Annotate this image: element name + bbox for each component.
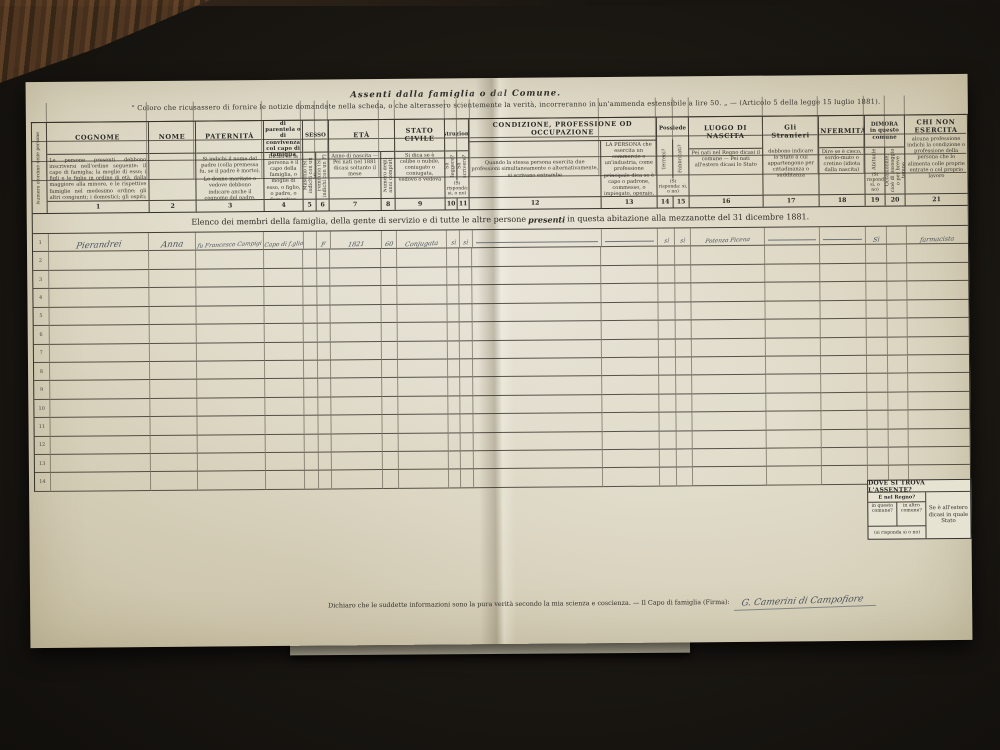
cell-luogo-nascita xyxy=(689,136,763,156)
col-number-6: 6 xyxy=(317,199,329,210)
cell-fabbricati xyxy=(676,449,693,468)
cell-chi-non-esercita xyxy=(909,410,970,429)
cell-anno-nascita xyxy=(331,360,382,379)
cell-chi-non-esercita xyxy=(908,318,969,337)
cell-due-professioni xyxy=(473,340,602,360)
cell-sa-leggere xyxy=(445,119,458,139)
cell-anni-compiuti xyxy=(382,378,398,397)
cell-infermita xyxy=(820,227,866,246)
cell-terreni xyxy=(659,321,676,340)
cell-stato-civile xyxy=(395,138,445,158)
cell-stranieri xyxy=(765,227,821,246)
cell-la-persona xyxy=(603,450,660,469)
cell-paternita xyxy=(196,250,264,269)
cell-infermita xyxy=(821,356,867,375)
cell-dimora-abituale xyxy=(864,96,885,116)
cell-anno-nascita xyxy=(328,120,379,140)
cell-cognome xyxy=(47,161,148,181)
cell-la-persona xyxy=(603,394,660,413)
col-number-5: 5 xyxy=(304,200,317,211)
cell-due-professioni xyxy=(474,413,603,433)
cell-stranieri xyxy=(765,246,821,265)
wood-table-corner xyxy=(0,0,210,90)
cell-dimora-abituale xyxy=(868,429,889,448)
cell-due-professioni xyxy=(473,358,602,378)
blank-dash-mark xyxy=(476,241,598,244)
cell-due-professioni xyxy=(474,450,603,470)
cell-due-professioni xyxy=(470,137,599,158)
cell-dimora-occasionale xyxy=(885,154,906,174)
possiede-numbers: 14 15 xyxy=(658,195,689,207)
row-number: 13 xyxy=(35,455,51,474)
cell-relazione xyxy=(265,397,304,416)
cell-sa-leggere xyxy=(448,451,461,470)
cell-infermita xyxy=(818,135,864,155)
cell-luogo-nascita xyxy=(691,246,765,265)
cell-terreni xyxy=(660,468,677,487)
cell-sesso-m xyxy=(305,471,319,490)
blank-dash-mark xyxy=(604,240,654,242)
cell-cognome xyxy=(49,344,150,363)
cell-dimora-occasionale xyxy=(887,300,908,319)
cell-nome xyxy=(151,380,198,399)
cell-sesso-f xyxy=(318,416,332,435)
cell-luogo-nascita xyxy=(693,430,767,449)
cell-dimora-occasionale xyxy=(885,134,906,154)
col-number-17: 17 xyxy=(764,194,819,206)
cell-paternita xyxy=(194,101,262,121)
cell-stato-civile xyxy=(399,470,449,489)
cell-nome: Anna xyxy=(149,233,196,252)
cell-luogo-nascita xyxy=(693,393,767,412)
cell-anni-compiuti xyxy=(381,249,397,268)
cell-sesso-f xyxy=(317,342,331,361)
row-number: 2 xyxy=(33,252,49,271)
cell-la-persona xyxy=(602,358,659,377)
cell-nome xyxy=(150,269,197,288)
cell-luogo-nascita xyxy=(692,301,766,320)
cell-chi-non-esercita xyxy=(908,300,969,319)
cell-relazione xyxy=(264,269,303,288)
dove-box: DOVE SI TROVA L'ASSENTE? È nel Regno? in… xyxy=(867,479,972,540)
cell-sesso-m xyxy=(301,159,315,179)
cell-anni-compiuti xyxy=(382,341,398,360)
row-number: 11 xyxy=(34,418,50,437)
cell-paternita xyxy=(197,324,265,343)
cell-la-persona xyxy=(599,98,656,118)
cell-due-professioni xyxy=(474,469,603,489)
cell-anni-compiuti xyxy=(383,415,399,434)
row-number: 6 xyxy=(34,326,50,345)
cell-due-professioni xyxy=(472,229,601,249)
cell-due-professioni xyxy=(472,266,601,286)
col-number-3: 3 xyxy=(197,199,264,212)
cell-sesso-f xyxy=(317,305,331,324)
cell-nome xyxy=(149,251,196,270)
cell-stato-civile xyxy=(395,119,445,139)
sesso-numbers: 5 6 xyxy=(304,198,329,210)
cell-cognome xyxy=(51,473,152,492)
cell-luogo-nascita xyxy=(691,265,765,284)
cell-nome xyxy=(151,435,198,454)
cell-sesso-m xyxy=(304,379,318,398)
cell-stranieri xyxy=(765,282,821,301)
cell-due-professioni xyxy=(472,284,601,304)
cell-sa-leggere: sì xyxy=(447,230,460,249)
cell-sesso-f: F xyxy=(317,231,331,250)
possiede-nota: (Si risponda: sì, o no) xyxy=(657,178,688,195)
cell-paternita xyxy=(194,140,262,160)
cell-sa-leggere xyxy=(447,267,460,286)
cell-dimora-occasionale xyxy=(887,282,908,301)
cell-anno-nascita xyxy=(328,139,379,159)
cell-sa-leggere xyxy=(445,158,458,178)
cell-relazione xyxy=(266,453,305,472)
elenco-pre: Elenco dei membri della famiglia, della … xyxy=(191,215,526,227)
cell-chi-non-esercita xyxy=(905,114,966,134)
cell-stranieri xyxy=(765,319,821,338)
cell-stato-civile xyxy=(397,249,447,268)
cell-la-persona xyxy=(602,339,659,358)
cell-fabbricati: sì xyxy=(675,228,692,247)
cell-due-professioni xyxy=(473,376,602,396)
cell-dimora-abituale xyxy=(868,411,889,430)
cell-relazione xyxy=(265,342,304,361)
cell-terreni xyxy=(659,394,676,413)
cell-cognome xyxy=(50,436,151,455)
cell-stato-civile: Conjugata xyxy=(397,230,447,249)
cell-paternita xyxy=(197,287,265,306)
cell-anni-compiuti xyxy=(379,139,395,159)
cell-fabbricati xyxy=(673,136,690,156)
cell-luogo-nascita xyxy=(689,97,763,117)
cell-sa-leggere xyxy=(447,249,460,268)
cell-luogo-nascita xyxy=(692,357,766,376)
cell-luogo-nascita xyxy=(692,375,766,394)
cell-stato-civile xyxy=(395,99,445,119)
cell-la-persona xyxy=(603,413,660,432)
cell-dimora-abituale xyxy=(867,300,888,319)
cell-stato-civile xyxy=(395,158,445,178)
cell-stato-civile xyxy=(398,433,448,452)
cell-anni-compiuti xyxy=(383,434,399,453)
cell-sesso-m xyxy=(304,416,318,435)
cell-sesso-m xyxy=(304,397,318,416)
cell-sa-scrivere xyxy=(457,138,470,158)
cell-anno-nascita xyxy=(332,397,383,416)
cell-stato-civile xyxy=(398,415,448,434)
cell-fabbricati xyxy=(675,265,692,284)
cell-luogo-nascita xyxy=(692,283,766,302)
blank-dash-mark xyxy=(768,239,817,241)
row-number: 8 xyxy=(34,363,50,382)
cell-sa-scrivere: sì xyxy=(460,230,473,249)
cell-terreni xyxy=(658,284,675,303)
cell-cognome xyxy=(47,122,148,142)
cell-infermita xyxy=(820,264,866,283)
cell-cognome xyxy=(50,362,151,381)
cell-dimora-abituale xyxy=(868,392,889,411)
dimora-numbers: 19 20 xyxy=(866,193,905,205)
cell-la-persona xyxy=(603,468,660,487)
cell-chi-non-esercita xyxy=(908,263,969,282)
hw-relazione: Capo di f.glia xyxy=(263,242,303,251)
cell-relazione xyxy=(264,287,303,306)
cell-terreni xyxy=(656,117,673,137)
cell-infermita xyxy=(821,319,867,338)
cell-sesso-m xyxy=(301,120,315,140)
cell-dimora-occasionale xyxy=(888,374,909,393)
dove-box-regno-section: È nel Regno? in questo comune? in altro … xyxy=(868,492,927,539)
cell-sa-leggere xyxy=(445,138,458,158)
cell-sa-scrivere xyxy=(457,99,470,119)
cell-anno-nascita xyxy=(331,305,382,324)
hw-stato-civile: Conjugata xyxy=(405,240,439,249)
census-sheet: “ Coloro che ricusassero di fornire le n… xyxy=(26,74,973,648)
cell-terreni xyxy=(660,431,677,450)
cell-anno-nascita xyxy=(330,249,381,268)
cell-stato-civile xyxy=(398,378,448,397)
cell-chi-non-esercita xyxy=(908,281,969,300)
cell-sa-scrivere xyxy=(461,396,474,415)
cell-stranieri xyxy=(763,155,819,175)
cell-sa-leggere xyxy=(448,378,461,397)
cell-sesso-f xyxy=(318,360,332,379)
cell-dimora-abituale xyxy=(867,374,888,393)
cell-chi-non-esercita xyxy=(906,153,967,173)
istruzione-nota: (Si risponda: sì, o no) xyxy=(445,180,468,197)
cell-dimora-abituale xyxy=(868,448,889,467)
col-number-7: 7 xyxy=(330,199,382,210)
cell-sa-leggere xyxy=(447,322,460,341)
cell-sa-leggere xyxy=(448,415,461,434)
cell-nome xyxy=(147,121,194,141)
col-number-10: 10 xyxy=(446,198,458,209)
cell-dimora-abituale xyxy=(864,115,885,135)
cell-fabbricati xyxy=(675,320,692,339)
cell-anno-nascita xyxy=(329,159,380,179)
dove-box-title: DOVE SI TROVA L'ASSENTE? xyxy=(868,480,970,493)
cell-anno-nascita xyxy=(331,378,382,397)
cell-sa-scrivere xyxy=(461,378,474,397)
cell-paternita xyxy=(194,121,262,141)
cell-paternita xyxy=(197,306,265,325)
cell-dimora-abituale xyxy=(864,135,885,155)
col-number-15: 15 xyxy=(674,196,689,207)
cell-chi-non-esercita xyxy=(905,95,966,115)
cell-cognome xyxy=(49,288,150,307)
cell-sa-scrivere xyxy=(460,322,473,341)
istruzione-numbers: 10 11 xyxy=(446,197,469,209)
row-number: 7 xyxy=(34,344,50,363)
cell-fabbricati xyxy=(676,413,693,432)
cell-fabbricati xyxy=(672,117,689,137)
cell-anni-compiuti xyxy=(383,470,399,489)
cell-stato-civile xyxy=(399,452,449,471)
cell-sesso-f xyxy=(317,287,331,306)
cell-anno-nascita xyxy=(331,286,382,305)
dimora-nota: (Si risponda sì, o no) xyxy=(865,172,884,194)
cell-anno-nascita xyxy=(331,342,382,361)
cell-fabbricati xyxy=(676,394,693,413)
cell-dimora-occasionale xyxy=(887,226,908,245)
cell-chi-non-esercita xyxy=(909,447,970,466)
cell-stranieri xyxy=(766,393,822,412)
regno-nota: (si risponda sì o no) xyxy=(868,525,925,538)
cell-cognome xyxy=(50,454,151,473)
cell-dimora-occasionale xyxy=(885,115,906,135)
cell-fabbricati xyxy=(675,339,692,358)
cell-anni-compiuti xyxy=(379,100,395,120)
cell-terreni xyxy=(658,247,675,266)
cell-fabbricati xyxy=(676,357,693,376)
cell-relazione xyxy=(265,416,304,435)
col-number-21: 21 xyxy=(906,193,968,206)
cell-due-professioni xyxy=(473,303,602,323)
dove-box-body: È nel Regno? in questo comune? in altro … xyxy=(868,492,970,539)
cell-due-professioni xyxy=(470,157,599,178)
row-number: 9 xyxy=(34,381,50,400)
cell-luogo-nascita xyxy=(692,320,766,339)
cell-nome xyxy=(151,398,198,417)
cell-stranieri xyxy=(766,375,822,394)
cell-nome xyxy=(150,325,197,344)
cell-relazione xyxy=(265,379,304,398)
cell-relazione xyxy=(265,434,304,453)
cell-anni-compiuti xyxy=(382,397,398,416)
col-number-19: 19 xyxy=(866,195,886,206)
cell-anno-nascita xyxy=(332,470,383,489)
cell-cognome xyxy=(50,380,151,399)
cell-terreni xyxy=(656,136,673,156)
cell-sesso-m xyxy=(303,305,317,324)
cell-sa-scrivere xyxy=(460,285,473,304)
cell-due-professioni xyxy=(473,321,602,341)
cell-sesso-m xyxy=(301,140,315,160)
cell-dimora-abituale: Sì xyxy=(866,227,887,246)
cell-paternita xyxy=(197,361,265,380)
cell-dimora-occasionale xyxy=(889,447,910,466)
eta-numbers: 7 8 xyxy=(330,198,395,211)
cell-dimora-abituale xyxy=(867,356,888,375)
cell-nome xyxy=(151,454,198,473)
cell-anni-compiuti xyxy=(382,360,398,379)
cell-stranieri xyxy=(765,301,821,320)
hw-sa-leggere: sì xyxy=(450,241,456,248)
cell-infermita xyxy=(819,154,865,174)
cell-dimora-occasionale xyxy=(887,263,908,282)
cell-chi-non-esercita xyxy=(905,134,966,154)
cell-due-professioni xyxy=(473,395,602,415)
col-number-16: 16 xyxy=(690,195,763,208)
cell-la-persona xyxy=(602,284,659,303)
cell-dimora-abituale xyxy=(864,154,885,174)
cell-fabbricati xyxy=(673,156,690,176)
cell-sesso-m xyxy=(303,287,317,306)
cell-stranieri xyxy=(766,411,822,430)
assenti-grid xyxy=(31,95,967,181)
col-number-14: 14 xyxy=(658,196,674,207)
cell-dimora-occasionale xyxy=(888,355,909,374)
estero-label: Se è all'estero dicasi in quale Stato xyxy=(926,492,970,538)
cell-dimora-occasionale xyxy=(888,429,909,448)
col-number-11: 11 xyxy=(458,198,469,209)
cell-nome xyxy=(148,160,195,180)
col-number-2: 2 xyxy=(150,200,196,212)
cell-terreni xyxy=(659,376,676,395)
cell-sa-scrivere xyxy=(460,267,473,286)
cell-paternita xyxy=(197,343,265,362)
cell-cognome xyxy=(49,325,150,344)
cell-nome xyxy=(150,306,197,325)
cell-due-professioni xyxy=(470,98,599,119)
cell-infermita xyxy=(818,115,864,135)
cell-infermita xyxy=(820,245,866,264)
cell-dimora-abituale xyxy=(867,337,888,356)
col-number-20: 20 xyxy=(886,194,905,205)
row-number: 12 xyxy=(35,437,51,456)
cell-sa-scrivere xyxy=(460,341,473,360)
cell-luogo-nascita xyxy=(693,467,767,486)
cell-sesso-m xyxy=(305,453,319,472)
row-number xyxy=(31,122,47,142)
cell-relazione xyxy=(264,324,303,343)
col-number-1: 1 xyxy=(48,200,149,213)
cell-la-persona xyxy=(599,117,656,137)
cell-stranieri xyxy=(766,448,822,467)
cell-sesso-f xyxy=(317,324,331,343)
cell-dimora-abituale xyxy=(866,263,887,282)
cell-due-professioni xyxy=(470,118,599,139)
cell-sesso-m xyxy=(304,342,318,361)
cell-relazione xyxy=(264,305,303,324)
cell-cognome xyxy=(50,417,151,436)
hw-sa-scrivere: sì xyxy=(463,241,469,248)
col-number-12: 12 xyxy=(470,196,601,209)
cell-stato-civile xyxy=(398,396,448,415)
cell-paternita xyxy=(196,269,264,288)
cell-la-persona xyxy=(601,229,658,248)
hw-dimora-abituale: Sì xyxy=(872,237,880,245)
cell-paternita: fu Francesco Campigi xyxy=(196,232,264,251)
cell-chi-non-esercita xyxy=(909,429,970,448)
cell-fabbricati xyxy=(677,468,694,487)
cell-sa-scrivere xyxy=(460,359,473,378)
cell-due-professioni xyxy=(472,248,601,268)
cell-dimora-abituale xyxy=(867,319,888,338)
cell-cognome xyxy=(46,102,147,122)
cell-sa-leggere xyxy=(448,396,461,415)
signature: G. Camerini di Campofiore xyxy=(734,594,878,611)
cell-sesso-f xyxy=(315,139,329,159)
hw-cognome: Pierandrei xyxy=(75,240,122,252)
cell-luogo-nascita xyxy=(689,116,763,136)
cell-sa-scrivere xyxy=(461,414,474,433)
blank-dash-mark xyxy=(823,238,862,240)
cell-la-persona xyxy=(602,321,659,340)
cell-sesso-f xyxy=(317,268,331,287)
cell-stato-civile xyxy=(398,359,448,378)
cell-cognome xyxy=(49,307,150,326)
cell-infermita xyxy=(822,393,868,412)
hw-fabbricati: sì xyxy=(680,239,686,246)
cell-infermita xyxy=(822,448,868,467)
cell-dimora-abituale xyxy=(866,245,887,264)
cell-relazione xyxy=(262,120,301,140)
in-altro-comune-label: in altro comune? xyxy=(897,502,925,525)
col-number-9: 9 xyxy=(396,197,445,209)
cell-anno-nascita: 1821 xyxy=(331,231,382,250)
